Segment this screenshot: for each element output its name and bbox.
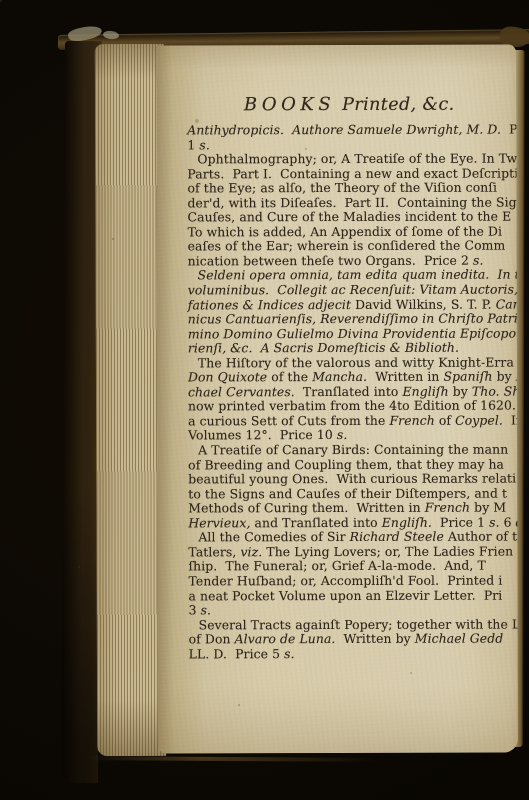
text-segment: rienſi, &c. A Sacris Domeſticis & Biblio… <box>188 340 459 356</box>
text-segment: Price 1 <box>432 514 489 529</box>
text-segment: Seldeni opera omnia, tam edita quam ined… <box>198 267 518 283</box>
text-segment: mino Domino Gulielmo Divina Providentia … <box>188 325 518 341</box>
text-segment: Spaniſh <box>444 369 493 384</box>
dust-specks <box>0 0 2 2</box>
header-printed-word: Printed, &c. <box>342 95 455 115</box>
text-segment: Richard Steele <box>350 529 444 544</box>
text-segment: Pri <box>501 121 518 136</box>
text-line: a curious Sett of Cuts from the French o… <box>188 413 518 429</box>
text-segment: of <box>435 413 455 428</box>
text-segment: All the Comedies of Sir <box>198 529 349 544</box>
text-segment: Alvaro de Luna. <box>235 631 336 646</box>
text-segment: Engliſh. <box>382 515 432 530</box>
text-segment: fationes & Indices adjecit <box>188 297 355 312</box>
text-segment: of Don <box>189 631 235 646</box>
text-segment: 3 <box>189 602 201 617</box>
text-segment: 1 <box>187 137 199 152</box>
text-segment: nicus Cantuarienſis, Reverendiſſimo in C… <box>188 311 518 327</box>
text-segment: Don Quixote <box>188 369 267 384</box>
text-segment: Tho. Shelton, <box>472 383 518 398</box>
text-segment: and Tranſlated into <box>250 515 381 530</box>
text-segment: Authore Samuele Dwright, M. D. <box>292 122 501 138</box>
text-segment: Tranſlated into <box>295 384 403 399</box>
text-segment: Volumes 12°. Price 10 <box>188 427 337 442</box>
text-segment: of the Eye; as alſo, the Theory of the V… <box>187 180 497 196</box>
book-page: BOOKSPrinted, &c. Antihydropicis. Author… <box>156 45 518 754</box>
text-segment: Mancha. <box>312 369 367 384</box>
text-segment: beautiful young Ones. With curious Remar… <box>188 471 516 487</box>
text-segment: Parts. Part I. Containing a new and exac… <box>187 165 518 181</box>
text-segment: The Hiſtory of the valorous and witty Kn… <box>198 354 514 370</box>
text-segment: Tatlers, <box>188 544 240 559</box>
text-segment: now printed verbatim from the 4to Editio… <box>188 398 518 414</box>
text-segment: Methods of Curing them. Written in <box>188 500 425 516</box>
text-segment: by <box>449 383 472 398</box>
text-segment: chael Cervantes. <box>188 384 295 399</box>
text-segment: viz. <box>240 544 262 559</box>
text-segment: Hervieux, <box>188 515 250 530</box>
text-segment: Tender Huſband; or, Accompliſh'd Fool. P… <box>188 573 502 589</box>
text-segment: by <box>493 369 516 384</box>
text-segment: s. <box>489 514 500 529</box>
text-segment: Written by <box>335 631 414 646</box>
text-segment: Cano <box>496 296 518 311</box>
text-segment: eaſes of the Ear; wherein is conſidered … <box>188 238 506 254</box>
text-segment: A Treatiſe of Canary Birds: Containing t… <box>198 442 508 458</box>
text-segment: The Lying Lovers; or, The Ladies Frien <box>262 543 513 559</box>
text-segment: Antihydropicis. <box>187 122 284 137</box>
text-segment: Written in <box>367 369 443 384</box>
text-segment: by M <box>470 500 506 515</box>
text-segment: Engliſh <box>402 384 448 399</box>
text-segment: nication between theſe two Organs. Price… <box>188 253 473 269</box>
text-segment: ſhip. The Funeral; or, Grief A-la-mode. … <box>188 558 485 574</box>
text-segment: a neat Pocket Volume upon an Elzevir Let… <box>188 587 502 603</box>
text-segment: s. <box>201 602 212 617</box>
text-segment: a curious Sett of Cuts from the <box>188 413 389 429</box>
text-segment: s. <box>199 137 210 152</box>
page-text-lines: Antihydropicis. Authore Samuele Dwright,… <box>187 122 518 661</box>
text-segment: Ophthalmography; or, A Treatiſe of the E… <box>197 151 517 167</box>
text-segment: To which is added, An Appendix of ſome o… <box>188 223 503 239</box>
book-scan-photo: BOOKSPrinted, &c. Antihydropicis. Author… <box>0 0 529 800</box>
text-line: Antihydropicis. Authore Samuele Dwright,… <box>187 122 518 138</box>
text-segment: Coypel. <box>455 413 503 428</box>
text-segment: In Fo <box>503 412 518 427</box>
text-line: of Don Alvaro de Luna. Written by Michae… <box>189 631 518 647</box>
text-segment: Michael Gedd <box>415 631 504 646</box>
text-segment: LL. D. Price 5 <box>189 646 285 661</box>
text-segment: s. <box>473 253 484 268</box>
text-segment: der'd, with its Diſeaſes. Part II. Conta… <box>187 194 516 210</box>
text-segment: David Wilkins, S. T. P. <box>355 296 496 311</box>
text-segment <box>284 122 292 137</box>
text-segment: s. <box>284 646 295 661</box>
header-books-word: BOOKS <box>244 94 335 115</box>
text-segment: French <box>425 500 470 515</box>
text-segment: French <box>389 413 434 428</box>
page-header: BOOKSPrinted, &c. <box>184 94 514 116</box>
text-line: a neat Pocket Volume upon an Elzevir Let… <box>188 588 517 604</box>
text-segment: Several Tracts againſt Popery; together … <box>199 616 518 632</box>
text-segment: 6 <box>500 514 516 529</box>
text-segment: of Breeding and Coupling them, that they… <box>188 456 504 472</box>
bottom-cover-glint <box>86 756 376 762</box>
text-line: LL. D. Price 5 s. <box>189 646 518 662</box>
text-segment: Author of t <box>444 529 517 544</box>
text-segment: s. <box>337 427 348 442</box>
text-segment: Cauſes, and Cure of the Maladies inciden… <box>188 209 512 225</box>
text-segment: of the <box>267 369 312 384</box>
text-segment: voluminibus. Collegit ac Recenſuit: Vita… <box>188 281 518 297</box>
text-segment: to the Signs and Cauſes of their Diſtemp… <box>188 485 507 501</box>
